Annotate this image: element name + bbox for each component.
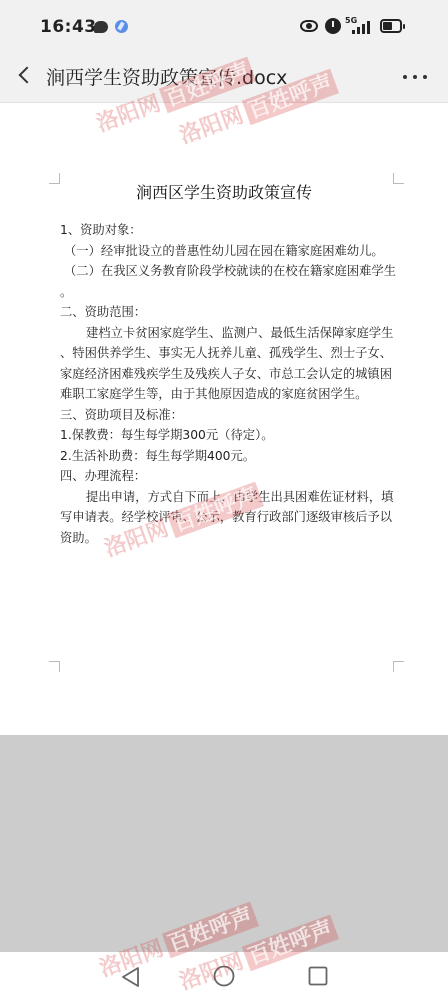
system-nav-bar — [0, 952, 448, 1000]
doc-line: 2.生活补助费：每生每学期400元。 — [60, 446, 395, 467]
battery-tip — [403, 24, 405, 29]
doc-line: 二、资助范围： — [60, 302, 395, 323]
nav-home-button[interactable] — [211, 963, 237, 989]
square-recent-icon — [305, 963, 331, 989]
page-corner-mark — [49, 661, 60, 672]
document-title: 涧西学生资助政策宣传.docx — [46, 63, 287, 90]
back-button[interactable] — [12, 62, 38, 88]
more-dot-icon — [403, 75, 407, 79]
doc-line: （二）在我区义务教育阶段学校就读的在校在籍家庭困难学生 — [60, 261, 395, 282]
doc-line: 三、资助项目及标准： — [60, 405, 395, 426]
status-bar: 16:43 5G — [0, 0, 448, 50]
doc-line: 1、资助对象： — [60, 220, 395, 241]
doc-line: 资助。 — [60, 528, 395, 549]
triangle-back-icon — [118, 964, 144, 990]
app-notification-icon — [115, 20, 128, 33]
doc-line: 难职工家庭学生等，由于其他原因造成的家庭贫困学生。 — [60, 384, 395, 405]
doc-line: 、特困供养学生、事实无人抚养儿童、孤残学生、烈士子女、 — [60, 343, 395, 364]
doc-line: 写申请表。经学校评审、公示，教育行政部门逐级审核后予以 — [60, 507, 395, 528]
signal-icon — [352, 20, 372, 34]
more-dot-icon — [413, 75, 417, 79]
page-corner-mark — [393, 661, 404, 672]
doc-line: 提出申请，方式自下而上，由学生出具困难佐证材料，填 — [60, 487, 395, 508]
document-page[interactable]: 涧西区学生资助政策宣传 1、资助对象： （一）经审批设立的普惠性幼儿园在园在籍家… — [0, 103, 448, 735]
doc-line: （一）经审批设立的普惠性幼儿园在园在籍家庭困难幼儿。 — [60, 241, 395, 262]
more-dot-icon — [423, 75, 427, 79]
doc-line: 建档立卡贫困家庭学生、监测户、最低生活保障家庭学生 — [60, 323, 395, 344]
doc-line: 家庭经济困难残疾学生及残疾人子女、市总工会认定的城镇困 — [60, 364, 395, 385]
doc-line: 四、办理流程： — [60, 466, 395, 487]
eye-comfort-icon — [300, 20, 318, 32]
status-time: 16:43 — [40, 17, 97, 37]
document-body: 1、资助对象： （一）经审批设立的普惠性幼儿园在园在籍家庭困难幼儿。 （二）在我… — [60, 220, 395, 548]
alarm-icon — [325, 18, 341, 34]
title-bar: 涧西学生资助政策宣传.docx — [0, 50, 448, 103]
doc-line: 。 — [60, 282, 395, 303]
document-background-area — [0, 735, 448, 952]
circle-home-icon — [211, 963, 237, 989]
battery-icon — [380, 19, 402, 33]
doc-line: 1.保教费：每生每学期300元（待定）。 — [60, 425, 395, 446]
nav-recent-apps-button[interactable] — [305, 963, 331, 989]
more-options-button[interactable] — [400, 64, 430, 88]
nav-back-button[interactable] — [118, 964, 144, 990]
chat-bubble-icon — [94, 21, 108, 33]
document-heading: 涧西区学生资助政策宣传 — [0, 180, 448, 203]
